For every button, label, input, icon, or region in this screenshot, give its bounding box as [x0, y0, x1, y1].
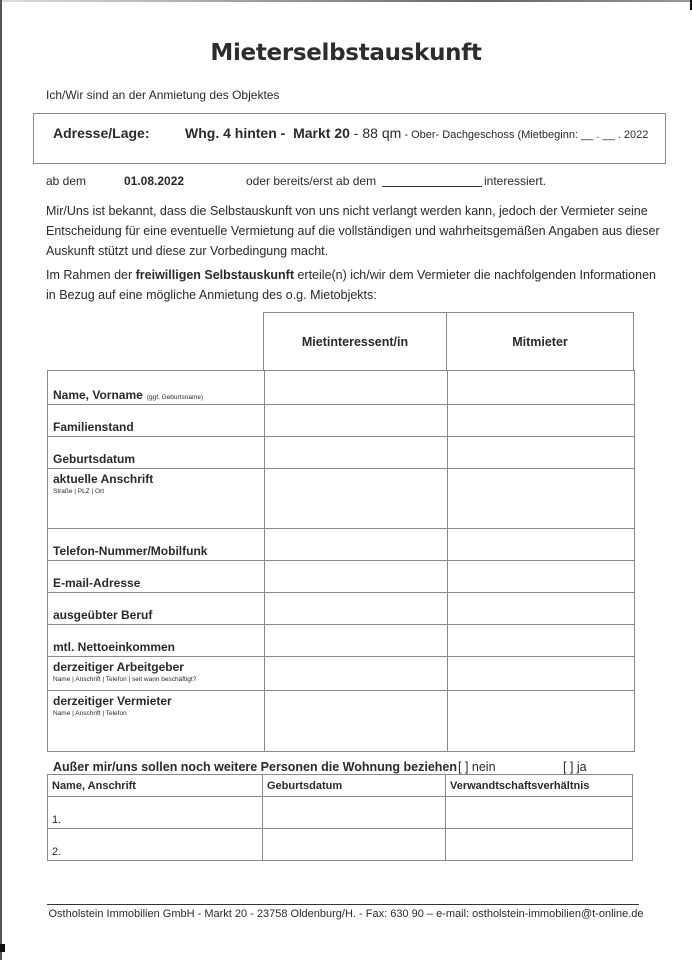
- column-header-birthdate: Geburtsdatum: [263, 775, 446, 797]
- applicant-cell[interactable]: [265, 561, 448, 593]
- address-street: Markt 20: [293, 125, 350, 141]
- column-header-name: Name, Anschrift: [48, 775, 263, 797]
- row-label: derzeitiger ArbeitgeberName | Anschrift …: [48, 657, 265, 691]
- co-tenant-cell[interactable]: [448, 371, 635, 405]
- intro-paragraph: Im Rahmen der freiwilligen Selbstauskunf…: [46, 265, 666, 305]
- row-label-sub: Name | Anschrift | Telefon: [53, 710, 259, 717]
- applicant-cell[interactable]: [265, 371, 448, 405]
- scan-edge: [0, 0, 692, 2]
- alt-date-label: oder bereits/erst ab dem: [246, 174, 376, 188]
- address-label: Adresse/Lage:: [53, 125, 149, 141]
- main-table: Name, Vorname(ggf. Geburtsname) Familien…: [47, 370, 635, 752]
- footer-text: Ostholstein Immobilien GmbH - Markt 20 -…: [0, 908, 692, 920]
- intro-text: Ich/Wir sind an der Anmietung des Objekt…: [46, 88, 279, 102]
- footer-divider: [47, 904, 639, 905]
- address-value: Whg. 4 hinten - Markt 20 - 88 qm - Ober-…: [185, 125, 648, 141]
- main-table-header: Mietinteressent/in Mitmieter: [263, 312, 634, 371]
- row-label-text: derzeitiger Vermieter: [53, 694, 172, 708]
- address-separator: -: [401, 129, 411, 141]
- applicant-cell[interactable]: [265, 437, 448, 469]
- row-label-sub: Name | Anschrift | Telefon | seit wann b…: [53, 676, 259, 683]
- table-row: ausgeübter Beruf: [48, 593, 635, 625]
- scan-edge: [0, 0, 2, 960]
- person-index[interactable]: 2.: [48, 829, 263, 861]
- option-no-checkbox[interactable]: [ ] nein: [458, 760, 496, 774]
- address-unit: Whg. 4 hinten -: [185, 125, 285, 141]
- table-row: aktuelle AnschriftStraße | PLZ | Ort: [48, 469, 635, 529]
- address-size: 88 qm: [362, 125, 401, 141]
- row-label-note: (ggf. Geburtsname): [147, 394, 203, 401]
- co-tenant-cell[interactable]: [448, 625, 635, 657]
- co-tenant-cell[interactable]: [448, 561, 635, 593]
- co-tenant-cell[interactable]: [448, 437, 635, 469]
- applicant-cell[interactable]: [265, 691, 448, 752]
- scan-mark: [0, 944, 5, 952]
- applicant-cell[interactable]: [265, 405, 448, 437]
- paragraph-text: Im Rahmen der: [46, 268, 136, 282]
- co-tenant-cell[interactable]: [448, 691, 635, 752]
- co-tenant-cell[interactable]: [448, 469, 635, 529]
- row-label: E-mail-Adresse: [48, 561, 265, 593]
- option-yes-checkbox[interactable]: [ ] ja: [563, 760, 587, 774]
- co-tenant-cell[interactable]: [448, 405, 635, 437]
- alt-date-field[interactable]: [382, 174, 482, 187]
- row-label: aktuelle AnschriftStraße | PLZ | Ort: [48, 469, 265, 529]
- row-label-text: Name, Vorname: [53, 388, 143, 402]
- co-tenant-cell[interactable]: [448, 593, 635, 625]
- persons-table: Name, Anschrift Geburtsdatum Verwandtsch…: [47, 774, 633, 861]
- applicant-cell[interactable]: [265, 469, 448, 529]
- table-row: Name, Vorname(ggf. Geburtsname): [48, 371, 635, 405]
- table-row: Familienstand: [48, 405, 635, 437]
- row-label: mtl. Nettoeinkommen: [48, 625, 265, 657]
- applicant-cell[interactable]: [265, 657, 448, 691]
- table-row: derzeitiger ArbeitgeberName | Anschrift …: [48, 657, 635, 691]
- row-label: ausgeübter Beruf: [48, 593, 265, 625]
- address-floor-start: Ober- Dachgeschoss (Mietbeginn: __ . __ …: [411, 129, 648, 141]
- row-label: Telefon-Nummer/Mobilfunk: [48, 529, 265, 561]
- birthdate-cell[interactable]: [263, 797, 446, 829]
- applicant-cell[interactable]: [265, 529, 448, 561]
- row-label: Name, Vorname(ggf. Geburtsname): [48, 371, 265, 405]
- from-date-value: 01.08.2022: [124, 174, 184, 188]
- birthdate-cell[interactable]: [263, 829, 446, 861]
- address-separator: -: [350, 125, 362, 141]
- disclaimer-paragraph: Mir/Uns ist bekannt, dass die Selbstausk…: [46, 201, 666, 261]
- column-header-relation: Verwandtschaftsverhältnis: [446, 775, 633, 797]
- row-label: Familienstand: [48, 405, 265, 437]
- applicant-cell[interactable]: [265, 593, 448, 625]
- co-tenant-cell[interactable]: [448, 657, 635, 691]
- relation-cell[interactable]: [446, 829, 633, 861]
- table-row: mtl. Nettoeinkommen: [48, 625, 635, 657]
- page-title: Mieterselbstauskunft: [0, 40, 692, 66]
- paragraph-bold: freiwilligen Selbstauskunft: [136, 268, 294, 282]
- from-date-label: ab dem: [46, 174, 86, 188]
- table-row: Telefon-Nummer/Mobilfunk: [48, 529, 635, 561]
- person-index[interactable]: 1.: [48, 797, 263, 829]
- table-row: Geburtsdatum: [48, 437, 635, 469]
- table-row: E-mail-Adresse: [48, 561, 635, 593]
- table-row: derzeitiger VermieterName | Anschrift | …: [48, 691, 635, 752]
- row-label-text: derzeitiger Arbeitgeber: [53, 660, 184, 674]
- table-header-row: Name, Anschrift Geburtsdatum Verwandtsch…: [48, 775, 633, 797]
- row-label-text: aktuelle Anschrift: [53, 472, 153, 486]
- column-header-applicant: Mietinteressent/in: [264, 313, 447, 371]
- interested-text: interessiert.: [484, 174, 546, 188]
- row-label: Geburtsdatum: [48, 437, 265, 469]
- row-label: derzeitiger VermieterName | Anschrift | …: [48, 691, 265, 752]
- additional-persons-question: Außer mir/uns sollen noch weitere Person…: [53, 760, 457, 774]
- table-row: 1.: [48, 797, 633, 829]
- column-header-co-tenant: Mitmieter: [447, 313, 634, 371]
- co-tenant-cell[interactable]: [448, 529, 635, 561]
- applicant-cell[interactable]: [265, 625, 448, 657]
- row-label-sub: Straße | PLZ | Ort: [53, 488, 259, 495]
- table-row: 2.: [48, 829, 633, 861]
- relation-cell[interactable]: [446, 797, 633, 829]
